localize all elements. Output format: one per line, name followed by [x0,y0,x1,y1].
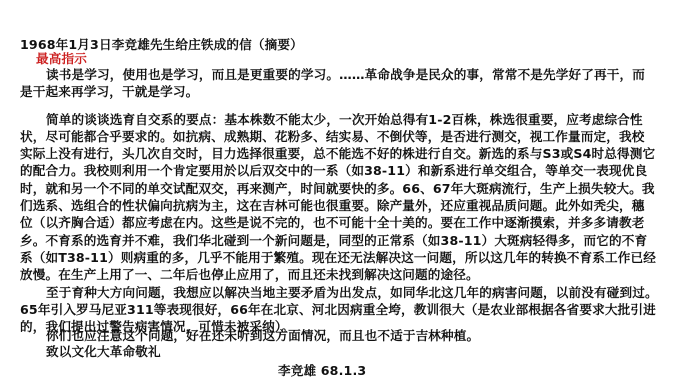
directive-heading: 最高指示 [36,51,87,67]
body-line: 状，尽可能都合乎要求的。如抗病、成熟期、花粉多、结实易、不倒伏等，是否进行测交，… [20,129,644,145]
body-line: 放慢。在生产上用了一、二年后也停止应用了，而且还未找到解决这问题的途径。 [20,267,479,283]
body-line: 简单的谈谈选育自交系的要点：基本株数不能太少，一次开始总得有1-2百株，株选很重… [46,112,643,128]
body-line: 你们也应注意这个问题，好在还未听到这方面情况，而且也不适于吉林种植。 [46,328,479,344]
signature: 李竞雄 68.1.3 [278,363,366,379]
body-line: 时，就和另一个不同的单交试配双交，再来测产，时间就要快的多。66、67年大斑病流… [20,181,655,197]
body-line: 实际上没有进行，头几次自交时，目力选择很重要，总不能选不好的株进行自交。新选的系… [20,146,655,162]
body-line: 乡。不育系的选育并不难，我们华北碰到一个新问题是，同型的正常系（如38-11）大… [20,233,647,249]
letter-document: 1968年1月3日李竞雄先生给庄铁成的信（摘要） 最高指示 读书是学习，使用也是… [0,0,690,388]
body-line: 至于育种大方向问题，我想应以解决当地主要矛盾为出发点，如同华北这几年的病害问题，… [46,285,658,301]
body-line: 的配合力。我校则利用一个肯定要用於以后双交中的一系（如38-11）和新系进行单交… [20,163,647,179]
closing-salutation: 致以文化大革命敬礼 [46,344,161,360]
body-line: 65年引入罗马尼亚311等表现很好，66年在北京、河北因病重全垮，教训很大（是农… [20,302,656,318]
quote-line: 是干起来再学习，干就是学习。 [20,84,198,100]
body-line: 位（以齐胸合适）都应考虑在内。这些是说不完的，也不可能十全十美的。要在工作中逐渐… [20,215,644,231]
body-line: 系（如T38-11）则病重的多，几乎不能用于繁殖。现在还无法解决这一问题，所以这… [20,250,656,266]
quote-line: 读书是学习，使用也是学习，而且是更重要的学习。……革命战争是民众的事，常常不是先… [46,67,645,83]
body-line: 们选系、选组合的性状偏向抗病为主，这在吉林可能也很重要。除产量外，还应重视品质问… [20,198,644,214]
